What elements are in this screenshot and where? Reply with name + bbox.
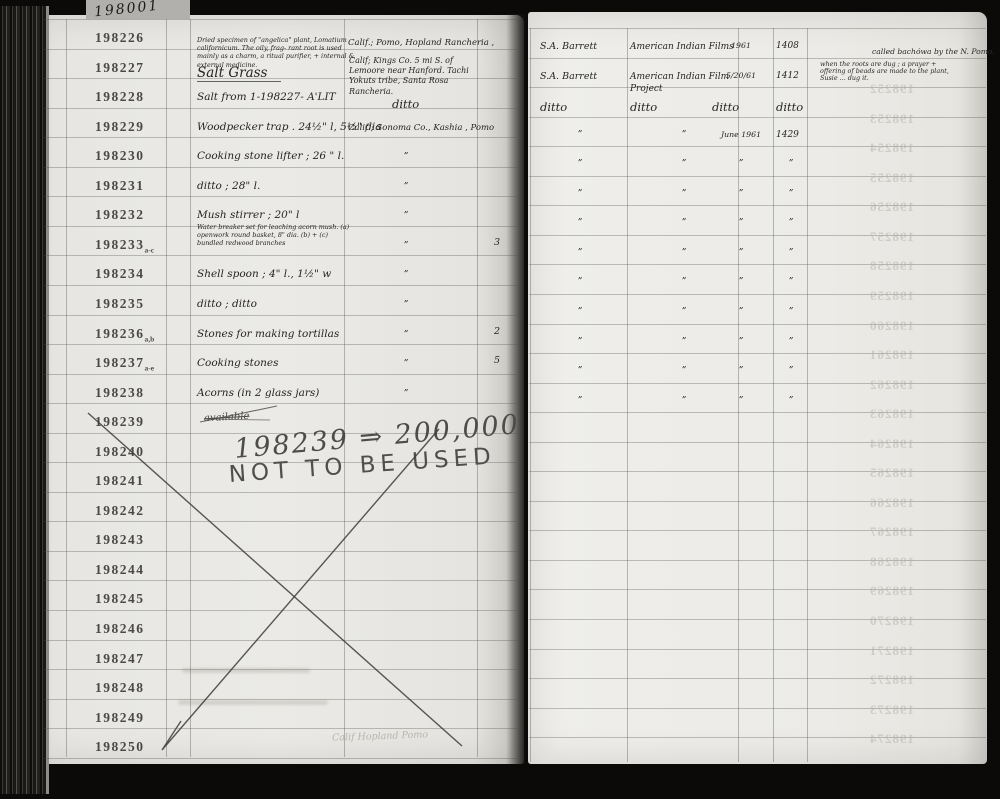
date-cell: ” bbox=[712, 159, 770, 169]
catalog-number: 198245 bbox=[95, 591, 145, 607]
date-cell: 5/20/61 bbox=[712, 71, 770, 80]
film-number-cell: ditto bbox=[776, 100, 806, 114]
date-cell: June 1961 bbox=[712, 130, 770, 139]
row-line bbox=[44, 374, 521, 375]
date-cell: ditto bbox=[712, 100, 770, 114]
locality-cell: ” bbox=[346, 389, 466, 399]
row-line bbox=[44, 640, 521, 641]
top-label-number: 198001 bbox=[93, 0, 160, 20]
row-line bbox=[529, 589, 986, 590]
row-line bbox=[529, 678, 986, 679]
row-line bbox=[529, 117, 986, 118]
row-line bbox=[529, 176, 986, 177]
column-line bbox=[530, 28, 531, 762]
ghost-number: 198259 bbox=[869, 288, 914, 304]
row-line bbox=[44, 728, 521, 729]
collector-cell: ditto bbox=[540, 100, 620, 114]
row-line bbox=[529, 737, 986, 738]
collector-cell: ” bbox=[540, 248, 620, 258]
catalog-number: 198227 bbox=[95, 60, 145, 76]
description-cell: Shell spoon ; 4" l., 1½" w bbox=[197, 268, 331, 280]
description-cell: Salt Grass bbox=[197, 65, 281, 82]
row-line bbox=[44, 315, 521, 316]
row-line bbox=[529, 383, 986, 384]
description-cell: ditto ; ditto bbox=[197, 298, 257, 310]
row-line bbox=[44, 551, 521, 552]
locality-cell: Calif ; Sonoma Co., Kashia , Pomo bbox=[348, 123, 494, 133]
locality-cell: ” bbox=[346, 241, 466, 251]
catalog-number: 198244 bbox=[95, 562, 145, 578]
row-line bbox=[44, 403, 521, 404]
column-line bbox=[773, 28, 774, 762]
catalog-number: 198232 bbox=[95, 207, 145, 223]
catalog-number: 198235 bbox=[95, 296, 145, 312]
catalog-number: 198241 bbox=[95, 473, 145, 489]
description-cell: Mush stirrer ; 20" l bbox=[197, 209, 299, 221]
row-line bbox=[529, 235, 986, 236]
film-number-cell: ” bbox=[776, 248, 806, 258]
ghost-number: 198256 bbox=[869, 199, 914, 215]
catalog-number: 198236a,b bbox=[95, 326, 154, 344]
catalog-number: 198240 bbox=[95, 444, 145, 460]
row-line bbox=[44, 285, 521, 286]
date-cell: ” bbox=[712, 189, 770, 199]
catalog-number: 198231 bbox=[95, 178, 145, 194]
row-line bbox=[44, 167, 521, 168]
row-line bbox=[44, 580, 521, 581]
locality-cell: Calif; Kings Co. 5 mi S. of Lemoore near… bbox=[349, 56, 491, 98]
locality-cell: ” bbox=[346, 300, 466, 310]
ghost-number: 198261 bbox=[869, 347, 914, 363]
row-line bbox=[44, 19, 521, 20]
ghost-number: 198266 bbox=[869, 495, 914, 511]
locality-cell: Calif.; Pomo, Hopland Rancheria , bbox=[348, 38, 494, 48]
date-cell: 1961 bbox=[712, 41, 770, 50]
collector-cell: ” bbox=[540, 130, 620, 140]
remarks-line: Susie ... dug it. bbox=[820, 74, 869, 82]
film-number-cell: ” bbox=[776, 189, 806, 199]
scanned-ledger-page: 198001 198226Dried specimen of "angelica… bbox=[0, 0, 1000, 799]
book-gutter-shadow bbox=[506, 14, 528, 764]
row-line bbox=[529, 619, 986, 620]
remarks-line: called bachówa by the N. Pomo. bbox=[872, 47, 995, 56]
description-cell: Stones for making tortillas bbox=[197, 328, 339, 340]
catalog-number: 198229 bbox=[95, 119, 145, 135]
row-line bbox=[529, 205, 986, 206]
catalog-number: 198249 bbox=[95, 710, 145, 726]
catalog-number: 198226 bbox=[95, 30, 145, 46]
locality-cell: ” bbox=[346, 152, 466, 162]
row-line bbox=[44, 758, 521, 759]
collector-cell: ” bbox=[540, 307, 620, 317]
locality-cell: ” bbox=[346, 270, 466, 280]
catalog-number: 198237a-e bbox=[95, 355, 154, 373]
ghost-number: 198269 bbox=[869, 583, 914, 599]
book-page-edges bbox=[0, 6, 49, 794]
row-line bbox=[529, 471, 986, 472]
ghost-number: 198271 bbox=[869, 643, 914, 659]
ghost-number: 198268 bbox=[869, 554, 914, 570]
count-cell: 5 bbox=[494, 355, 500, 366]
catalog-number: 198246 bbox=[95, 621, 145, 637]
row-line bbox=[529, 442, 986, 443]
row-line bbox=[529, 560, 986, 561]
ghost-number: 198257 bbox=[869, 229, 914, 245]
ghost-number: 198260 bbox=[869, 318, 914, 334]
locality-cell: ” bbox=[346, 359, 466, 369]
date-cell: ” bbox=[712, 248, 770, 258]
row-line bbox=[529, 28, 986, 29]
catalog-number: 198239 bbox=[95, 414, 145, 430]
catalog-number: 198248 bbox=[95, 680, 145, 696]
film-number-cell: 1429 bbox=[776, 130, 806, 140]
row-line bbox=[44, 492, 521, 493]
collector-cell: ” bbox=[540, 366, 620, 376]
description-cell: Cooking stones bbox=[197, 357, 279, 369]
film-number-cell: 1412 bbox=[776, 71, 806, 81]
catalog-number: 198228 bbox=[95, 89, 145, 105]
ghost-number: 198258 bbox=[869, 258, 914, 274]
column-line bbox=[190, 19, 191, 757]
date-cell: ” bbox=[712, 366, 770, 376]
row-line bbox=[529, 530, 986, 531]
catalog-number: 198243 bbox=[95, 532, 145, 548]
row-line bbox=[529, 324, 986, 325]
locality-cell: ditto bbox=[392, 97, 419, 111]
description-cell: Acorns (in 2 glass jars) bbox=[197, 387, 319, 399]
column-line bbox=[66, 19, 67, 757]
film-number-cell: ” bbox=[776, 396, 806, 406]
row-line bbox=[44, 610, 521, 611]
film-number-cell: ” bbox=[776, 337, 806, 347]
top-margin-label: 198001 bbox=[86, 0, 190, 19]
ghost-number: 198272 bbox=[869, 672, 914, 688]
ghost-number: 198264 bbox=[869, 436, 914, 452]
count-cell: 3 bbox=[494, 237, 500, 248]
locality-cell: ” bbox=[346, 211, 466, 221]
collector-cell: ” bbox=[540, 159, 620, 169]
row-line bbox=[529, 264, 986, 265]
catalog-number: 198242 bbox=[95, 503, 145, 519]
collector-cell: ” bbox=[540, 218, 620, 228]
bleed-through-marks bbox=[182, 668, 310, 673]
collector-cell: ” bbox=[540, 277, 620, 287]
ghost-number: 198253 bbox=[869, 111, 914, 127]
catalog-number-suffix: a-c bbox=[145, 246, 155, 255]
row-line bbox=[529, 353, 986, 354]
locality-cell: ” bbox=[346, 330, 466, 340]
film-number-cell: ” bbox=[776, 277, 806, 287]
column-line bbox=[627, 28, 628, 762]
date-cell: ” bbox=[712, 337, 770, 347]
row-line bbox=[529, 146, 986, 147]
row-line bbox=[44, 344, 521, 345]
collector-cell: ” bbox=[540, 396, 620, 406]
ghost-number: 198263 bbox=[869, 406, 914, 422]
count-cell: 2 bbox=[494, 326, 500, 337]
film-number-cell: ” bbox=[776, 159, 806, 169]
ghost-number: 198270 bbox=[869, 613, 914, 629]
description-cell: Cooking stone lifter ; 26 " l. bbox=[197, 150, 344, 162]
catalog-number: 198247 bbox=[95, 651, 145, 667]
column-line bbox=[166, 19, 167, 757]
ghost-number: 198252 bbox=[869, 81, 914, 97]
row-line bbox=[529, 294, 986, 295]
catalog-number: 198233a-c bbox=[95, 237, 154, 255]
collector-cell: ” bbox=[540, 189, 620, 199]
film-number-cell: ” bbox=[776, 307, 806, 317]
catalog-number: 198230 bbox=[95, 148, 145, 164]
column-line bbox=[807, 28, 808, 762]
description-cell: Water breaker set for leaching acorn mus… bbox=[197, 223, 355, 248]
ghost-number: 198267 bbox=[869, 524, 914, 540]
row-line bbox=[529, 649, 986, 650]
catalog-number-suffix: a,b bbox=[145, 334, 155, 343]
catalog-number: 198234 bbox=[95, 266, 145, 282]
film-number-cell: ” bbox=[776, 366, 806, 376]
collector-cell: S.A. Barrett bbox=[540, 71, 620, 82]
row-line bbox=[44, 196, 521, 197]
ghost-number: 198274 bbox=[869, 731, 914, 747]
ghost-number: 198255 bbox=[869, 170, 914, 186]
collector-cell: ” bbox=[540, 337, 620, 347]
description-cell: ditto ; 28" l. bbox=[197, 180, 260, 192]
row-line bbox=[44, 108, 521, 109]
row-line bbox=[44, 255, 521, 256]
ledger-right-page bbox=[528, 12, 987, 764]
row-line bbox=[529, 708, 986, 709]
film-number-cell: 1408 bbox=[776, 41, 806, 51]
catalog-number: 198238 bbox=[95, 385, 145, 401]
locality-cell: ” bbox=[346, 182, 466, 192]
ghost-number: 198254 bbox=[869, 140, 914, 156]
bleed-through-marks bbox=[178, 700, 328, 705]
row-line bbox=[44, 137, 521, 138]
row-line bbox=[529, 87, 986, 88]
collector-cell: S.A. Barrett bbox=[540, 41, 620, 52]
row-line bbox=[529, 501, 986, 502]
date-cell: ” bbox=[712, 396, 770, 406]
ghost-number: 198273 bbox=[869, 702, 914, 718]
date-cell: ” bbox=[712, 218, 770, 228]
date-cell: ” bbox=[712, 277, 770, 287]
row-line bbox=[529, 58, 986, 59]
description-cell: Salt from 1-198227- A'LIT bbox=[197, 91, 336, 103]
ghost-number: 198262 bbox=[869, 377, 914, 393]
catalog-number: 198250 bbox=[95, 739, 145, 755]
ghost-number: 198265 bbox=[869, 465, 914, 481]
catalog-number-suffix: a-e bbox=[145, 364, 155, 373]
row-line bbox=[44, 521, 521, 522]
date-cell: ” bbox=[712, 307, 770, 317]
row-line bbox=[529, 412, 986, 413]
film-number-cell: ” bbox=[776, 218, 806, 228]
